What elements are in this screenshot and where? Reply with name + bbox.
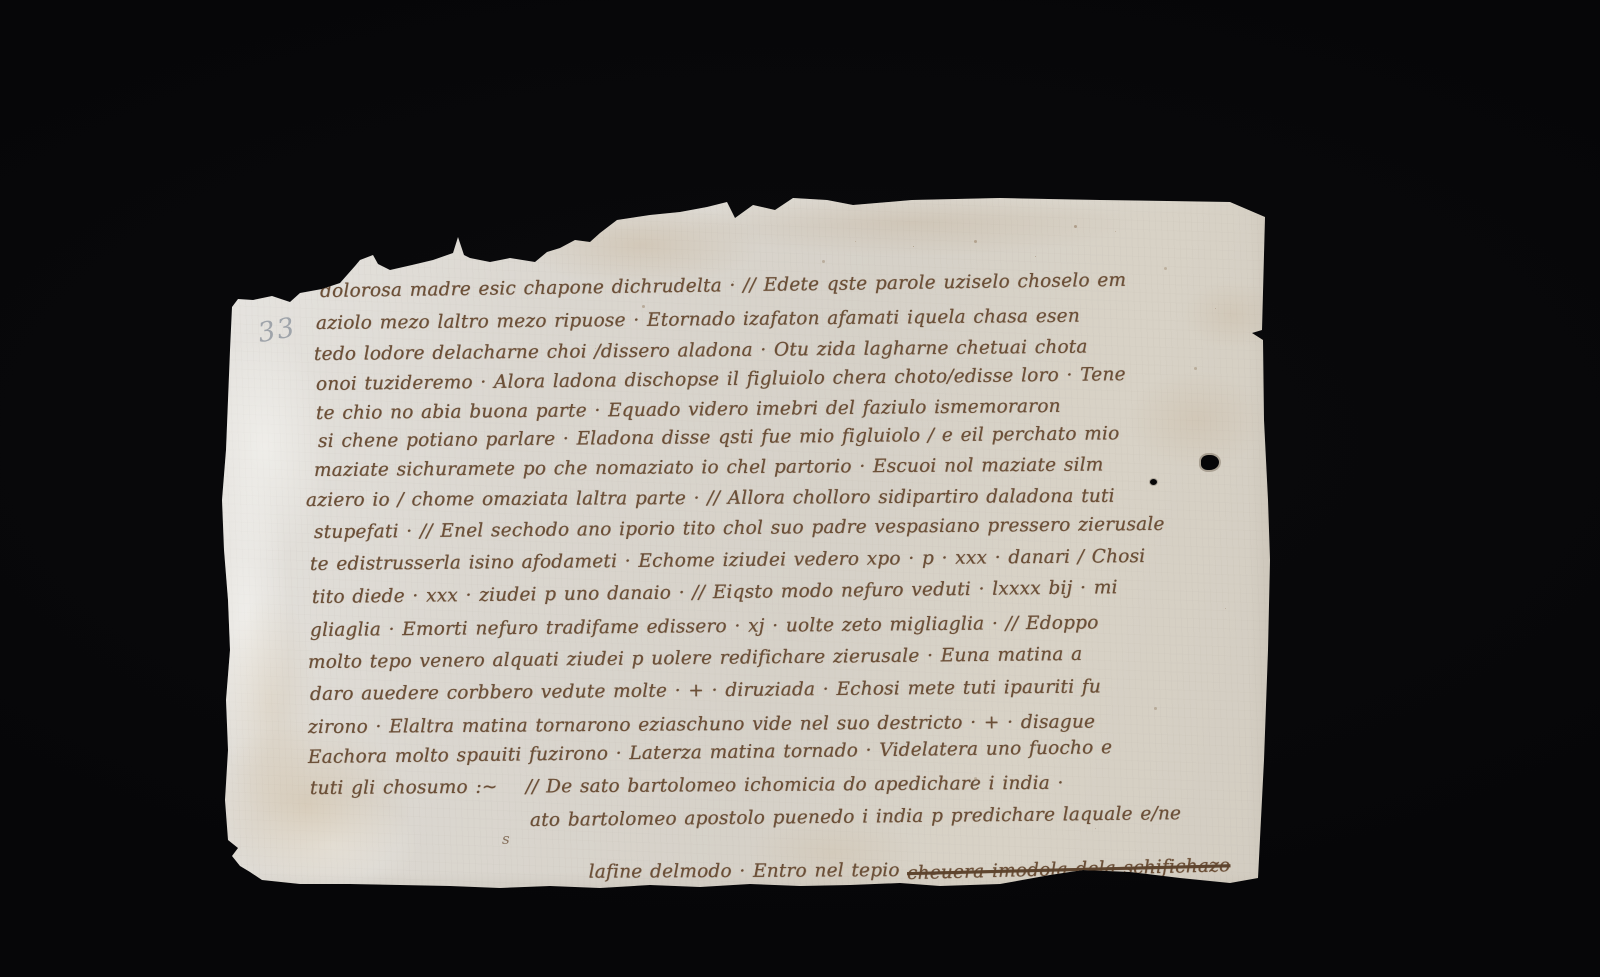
manuscript-line: te edistrusserla isino afodameti · Echom… xyxy=(310,546,1146,576)
manuscript-line: maziate sichuramete po che nomaziato io … xyxy=(314,454,1104,482)
manuscript-text: dolorosa madre esic chapone dichrudelta … xyxy=(212,185,1294,900)
manuscript-line-text: lafine delmodo · Entro nel tepio xyxy=(589,860,908,883)
foxing-specks xyxy=(212,185,215,188)
manuscript-line: Eachora molto spauiti fuzirono · Laterza… xyxy=(308,737,1112,769)
manuscript-line: onoi tuzideremo · Alora ladona dischopse… xyxy=(316,364,1126,396)
manuscript-line: aziero io / chome omaziata laltra parte … xyxy=(306,486,1115,512)
manuscript-line: dolorosa madre esic chapone dichrudelta … xyxy=(320,270,1127,303)
manuscript-line: gliaglia · Emorti nefuro tradifame ediss… xyxy=(310,612,1099,642)
manuscript-line: tedo lodore delacharne choi /dissero ala… xyxy=(314,337,1088,366)
manuscript-page: 33 dolorosa madre esic chapone dichrudel… xyxy=(212,185,1294,900)
manuscript-line: tito diede · xxx · ziudei p uno danaio ·… xyxy=(312,577,1118,609)
manuscript-line: ato bartolomeo apostolo puenedo i india … xyxy=(530,803,1181,832)
guide-letter: s xyxy=(502,830,510,848)
manuscript-line: stupefati · // Enel sechodo ano iporio t… xyxy=(314,514,1165,544)
manuscript-line: lafine delmodo · Entro nel tepio cheuera… xyxy=(528,836,1231,906)
manuscript-line: zirono · Elaltra matina tornarono eziasc… xyxy=(308,712,1095,739)
manuscript-line: molto tepo venero alquati ziudei p uoler… xyxy=(308,644,1083,674)
struck-out-text: cheuera imodola dela schifichazo xyxy=(907,855,1231,885)
manuscript-line: tuti gli chosumo :~ // De sato bartolome… xyxy=(310,773,1064,800)
manuscript-line: aziolo mezo laltro mezo ripuose · Etorna… xyxy=(316,306,1080,335)
manuscript-line: si chene potiano parlare · Eladona disse… xyxy=(318,423,1120,453)
photo-background: 33 dolorosa madre esic chapone dichrudel… xyxy=(0,0,1600,977)
manuscript-line: daro auedere corbbero vedute molte · + ·… xyxy=(310,676,1101,706)
manuscript-line: te chio no abia buona parte · Equado vid… xyxy=(316,396,1061,425)
